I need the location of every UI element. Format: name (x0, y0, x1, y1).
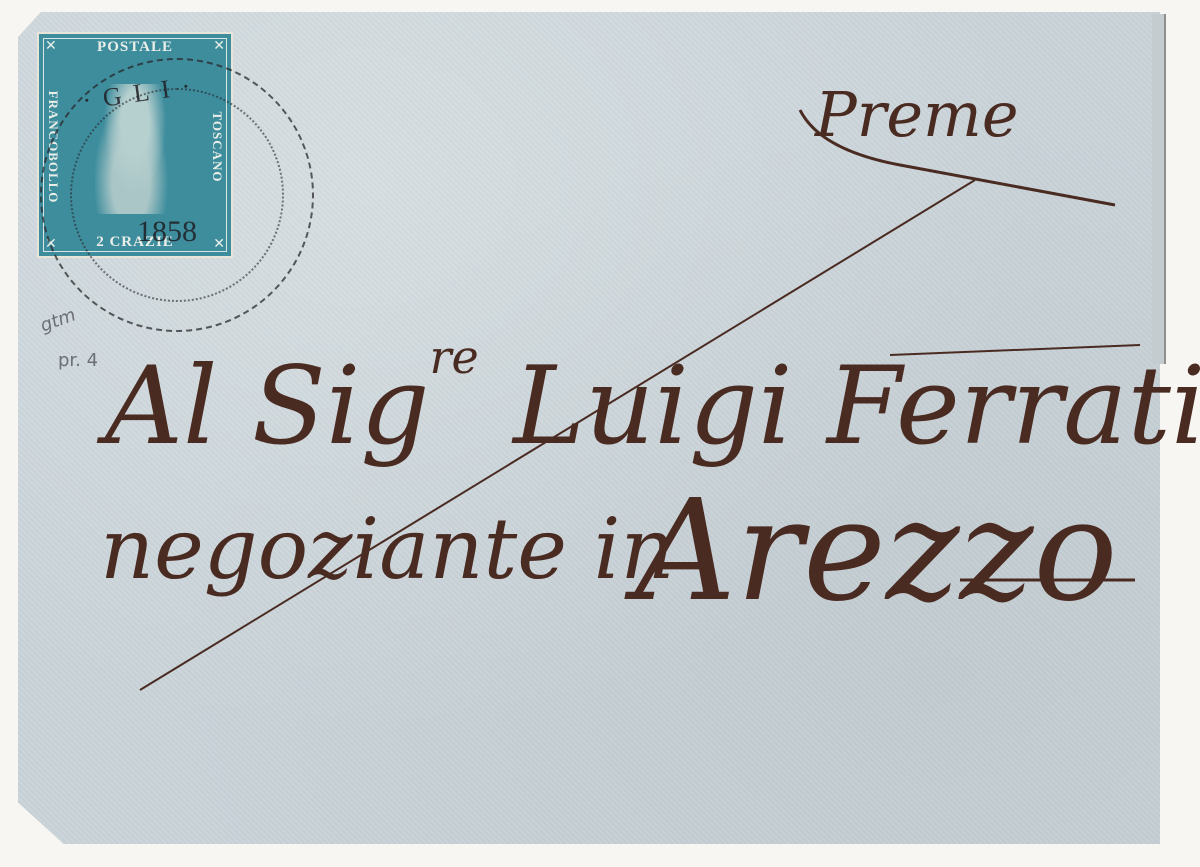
address-line-2: negoziante in (100, 500, 675, 598)
salutation-superscript: re (430, 330, 479, 384)
recipient-name: Luigi Ferrati (513, 344, 1200, 469)
preme-note: Preme (815, 78, 1019, 151)
destination-city: Arezzo (635, 470, 1118, 633)
address-line-1: Al Sigre Luigi Ferrati (105, 330, 1200, 469)
salutation: Al Sig (105, 344, 430, 469)
